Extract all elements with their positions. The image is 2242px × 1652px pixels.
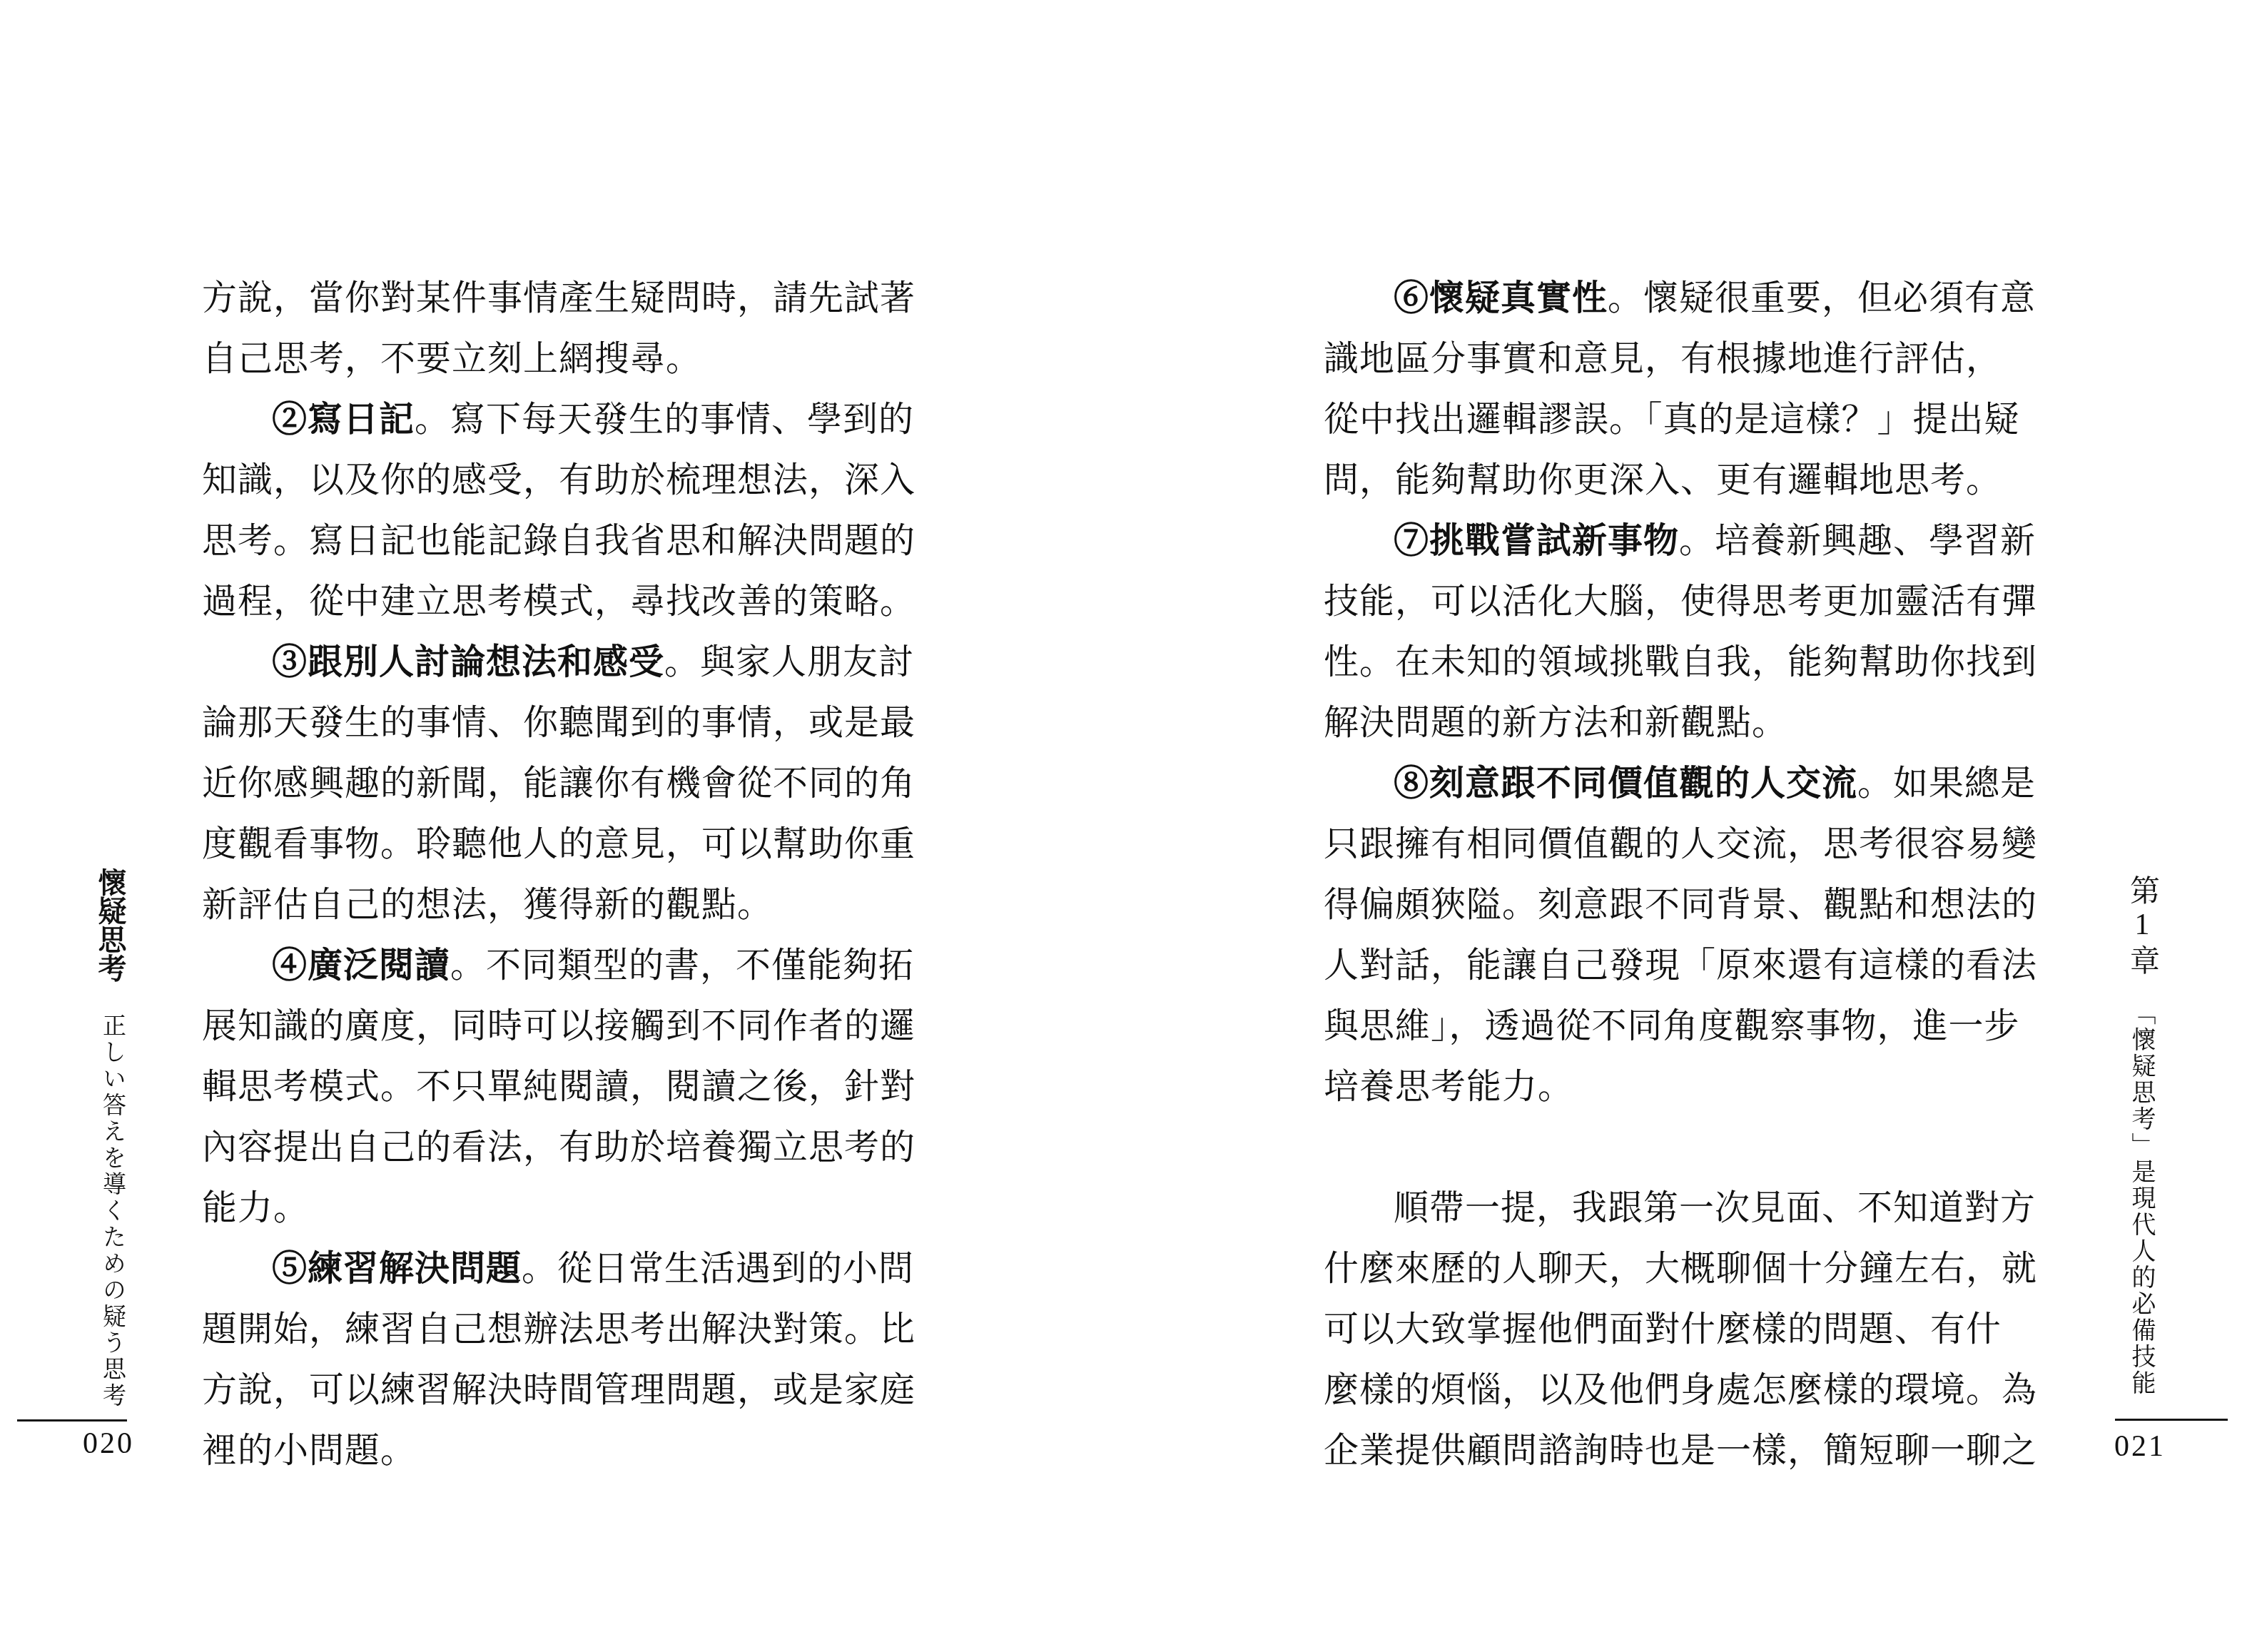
line-text: 性。在未知的領域挑戰自我，能夠幫助你找到 — [1324, 642, 2037, 681]
line-text: 只跟擁有相同價值觀的人交流，思考很容易變 — [1324, 824, 2037, 863]
line-text: 。懷疑很重要，但必須有意 — [1608, 278, 2036, 318]
text-line: 人對話，能讓自己發現「原來還有這樣的看法 — [1324, 935, 2046, 995]
text-line: 自己思考，不要立刻上網搜尋。 — [202, 328, 924, 389]
line-text: 新評估自己的想法，獲得新的觀點。 — [202, 885, 773, 924]
paragraph-heading: ⑤練習解決問題 — [272, 1249, 522, 1288]
line-text: 方說，當你對某件事情產生疑問時，請先試著 — [202, 278, 915, 318]
paragraph-heading: ⑦挑戰嘗試新事物 — [1394, 521, 1679, 560]
line-text: 解決問題的新方法和新觀點。 — [1324, 703, 1787, 742]
line-text: 企業提供顧問諮詢時也是一樣，簡短聊一聊之 — [1324, 1431, 2037, 1470]
text-line: 思考。寫日記也能記錄自我省思和解決問題的 — [202, 510, 924, 571]
line-text: 什麼來歷的人聊天，大概聊個十分鐘左右，就 — [1324, 1249, 2037, 1288]
text-line: ⑧刻意跟不同價值觀的人交流。如果總是 — [1324, 753, 2046, 814]
text-line: 裡的小問題。 — [202, 1420, 924, 1481]
line-text: 技能，可以活化大腦，使得思考更加靈活有彈 — [1324, 582, 2037, 621]
text-line: 解決問題的新方法和新觀點。 — [1324, 692, 2046, 753]
paragraph-heading: ③跟別人討論想法和感受 — [272, 642, 664, 681]
text-line: 近你感興趣的新聞，能讓你有機會從不同的角 — [202, 753, 924, 814]
line-text: 。從日常生活遇到的小問 — [522, 1249, 914, 1288]
line-text: 度觀看事物。聆聽他人的意見，可以幫助你重 — [202, 824, 915, 863]
chapter-title-vertical: ﹁懷疑思考﹂是現代人的必備技能 — [2124, 1000, 2159, 1397]
text-line: 識地區分事實和意見，有根據地進行評估， — [1324, 328, 2046, 389]
text-line: 展知識的廣度，同時可以接觸到不同作者的邏 — [202, 995, 924, 1056]
line-text: 思考。寫日記也能記錄自我省思和解決問題的 — [202, 521, 915, 560]
line-text: 能力。 — [202, 1188, 309, 1227]
text-line: ⑥懷疑真實性。懷疑很重要，但必須有意 — [1324, 268, 2046, 328]
book-subtitle-vertical: 正しい答えを導くための疑う思考 — [96, 1013, 129, 1409]
paragraph-heading: ②寫日記 — [272, 400, 415, 439]
text-line: 企業提供顧問諮詢時也是一樣，簡短聊一聊之 — [1324, 1420, 2046, 1481]
text-line: ③跟別人討論想法和感受。與家人朋友討 — [202, 632, 924, 692]
line-text: 培養思考能力。 — [1324, 1067, 1573, 1106]
folio-rule — [2115, 1419, 2228, 1421]
line-text: 人對話，能讓自己發現「原來還有這樣的看法 — [1324, 946, 2037, 985]
text-line: 技能，可以活化大腦，使得思考更加靈活有彈 — [1324, 571, 2046, 632]
line-text: 自己思考，不要立刻上網搜尋。 — [202, 339, 701, 378]
line-text: 問，能夠幫助你更深入、更有邏輯地思考。 — [1324, 460, 2002, 500]
folio-rule — [17, 1419, 127, 1422]
text-line: 從中找出邏輯謬誤。「真的是這樣？」提出疑 — [1324, 389, 2046, 450]
line-text: 。寫下每天發生的事情、學到的 — [415, 400, 914, 439]
line-text: 順帶一提，我跟第一次見面、不知道對方 — [1394, 1188, 2036, 1227]
text-line: 可以大致掌握他們面對什麼樣的問題、有什 — [1324, 1299, 2046, 1359]
book-title-vertical: 懷疑思考 — [90, 868, 131, 982]
text-line: 得偏頗狹隘。刻意跟不同背景、觀點和想法的 — [1324, 874, 2046, 935]
text-line: 過程，從中建立思考模式，尋找改善的策略。 — [202, 571, 924, 632]
paragraph-heading: ⑧刻意跟不同價值觀的人交流 — [1394, 764, 1857, 803]
text-line: 順帶一提，我跟第一次見面、不知道對方 — [1324, 1177, 2046, 1238]
paragraph-heading: ④廣泛閱讀 — [272, 946, 450, 985]
line-text: 展知識的廣度，同時可以接觸到不同作者的邏 — [202, 1006, 915, 1045]
text-line: 論那天發生的事情、你聽聞到的事情，或是最 — [202, 692, 924, 753]
text-line: 方說，可以練習解決時間管理問題，或是家庭 — [202, 1359, 924, 1420]
text-line: 知識，以及你的感受，有助於梳理想法，深入 — [202, 450, 924, 510]
line-text: 知識，以及你的感受，有助於梳理想法，深入 — [202, 460, 915, 500]
line-text: 過程，從中建立思考模式，尋找改善的策略。 — [202, 582, 915, 621]
line-text: 從中找出邏輯謬誤。「真的是這樣？」提出疑 — [1324, 400, 2020, 439]
line-text: 輯思考模式。不只單純閱讀，閱讀之後，針對 — [202, 1067, 915, 1106]
text-line: 什麼來歷的人聊天，大概聊個十分鐘左右，就 — [1324, 1238, 2046, 1299]
text-line: 問，能夠幫助你更深入、更有邏輯地思考。 — [1324, 450, 2046, 510]
text-line: 新評估自己的想法，獲得新的觀點。 — [202, 874, 924, 935]
text-line: ④廣泛閱讀。不同類型的書，不僅能夠拓 — [202, 935, 924, 995]
page-number: 021 — [2114, 1430, 2166, 1463]
text-line: 能力。 — [202, 1177, 924, 1238]
text-line: ⑤練習解決問題。從日常生活遇到的小問 — [202, 1238, 924, 1299]
line-text: 識地區分事實和意見，有根據地進行評估， — [1324, 339, 2002, 378]
line-text: 近你感興趣的新聞，能讓你有機會從不同的角 — [202, 764, 915, 803]
line-text: 與思維」，透過從不同角度觀察事物，進一步 — [1324, 1006, 2020, 1045]
line-text: 裡的小問題。 — [202, 1431, 416, 1470]
line-text: 。如果總是 — [1857, 764, 2036, 803]
text-line: 度觀看事物。聆聽他人的意見，可以幫助你重 — [202, 814, 924, 874]
blank-line — [1324, 1117, 2046, 1177]
text-line: 題開始，練習自己想辦法思考出解決對策。比 — [202, 1299, 924, 1359]
line-text: 得偏頗狹隘。刻意跟不同背景、觀點和想法的 — [1324, 885, 2037, 924]
paragraph-heading: ⑥懷疑真實性 — [1394, 278, 1608, 318]
line-text: 。不同類型的書，不僅能夠拓 — [450, 946, 914, 985]
line-text: 方說，可以練習解決時間管理問題，或是家庭 — [202, 1370, 915, 1409]
line-text: 論那天發生的事情、你聽聞到的事情，或是最 — [202, 703, 915, 742]
line-text: 。與家人朋友討 — [664, 642, 914, 681]
line-text: 可以大致掌握他們面對什麼樣的問題、有什 — [1324, 1309, 2002, 1349]
line-text: 麼樣的煩惱，以及他們身處怎麼樣的環境。為 — [1324, 1370, 2037, 1409]
text-line: 麼樣的煩惱，以及他們身處怎麼樣的環境。為 — [1324, 1359, 2046, 1420]
text-line: 與思維」，透過從不同角度觀察事物，進一步 — [1324, 995, 2046, 1056]
text-line: ②寫日記。寫下每天發生的事情、學到的 — [202, 389, 924, 450]
left-page-text-column: 方說，當你對某件事情產生疑問時，請先試著 自己思考，不要立刻上網搜尋。 ②寫日記… — [202, 268, 924, 1481]
page-number: 020 — [83, 1427, 134, 1460]
chapter-number-vertical: 第1章 — [2121, 875, 2164, 978]
text-line: 只跟擁有相同價值觀的人交流，思考很容易變 — [1324, 814, 2046, 874]
line-text: 內容提出自己的看法，有助於培養獨立思考的 — [202, 1127, 915, 1167]
text-line: 培養思考能力。 — [1324, 1056, 2046, 1117]
text-line: 輯思考模式。不只單純閱讀，閱讀之後，針對 — [202, 1056, 924, 1117]
right-page-text-column: ⑥懷疑真實性。懷疑很重要，但必須有意 識地區分事實和意見，有根據地進行評估， 從… — [1324, 268, 2046, 1481]
line-text: 題開始，練習自己想辦法思考出解決對策。比 — [202, 1309, 915, 1349]
text-line: 方說，當你對某件事情產生疑問時，請先試著 — [202, 268, 924, 328]
text-line: 性。在未知的領域挑戰自我，能夠幫助你找到 — [1324, 632, 2046, 692]
line-text: 。培養新興趣、學習新 — [1679, 521, 2036, 560]
text-line: ⑦挑戰嘗試新事物。培養新興趣、學習新 — [1324, 510, 2046, 571]
text-line: 內容提出自己的看法，有助於培養獨立思考的 — [202, 1117, 924, 1177]
